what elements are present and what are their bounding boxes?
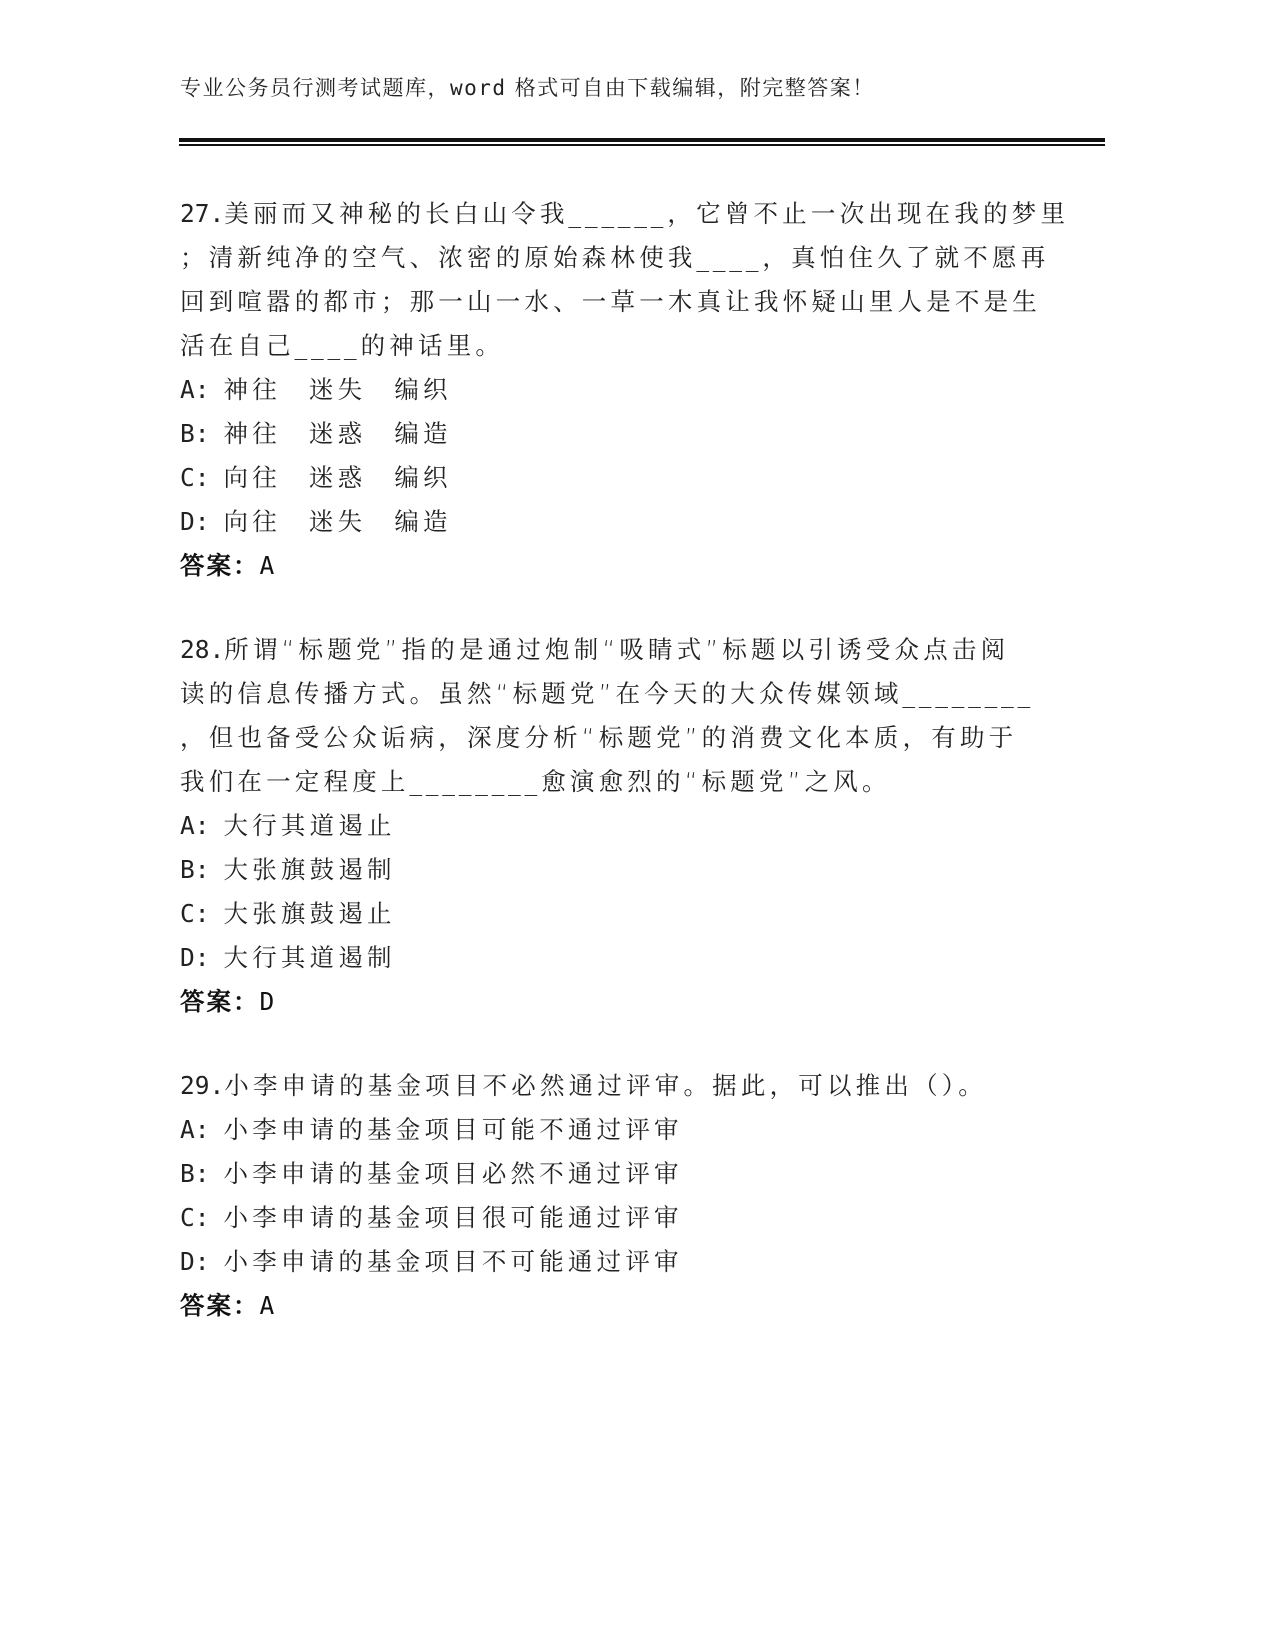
option-c: C:小李申请的基金项目很可能通过评审 [180, 1196, 1040, 1240]
answer-line: 答案：D [180, 980, 1040, 1024]
question-28: 28.所谓“标题党”指的是通过炮制“吸睛式”标题以引诱受众点击阅 读的信息传播方… [180, 628, 1040, 1024]
question-stem-line: 回到喧嚣的都市；那一山一水、一草一木真让我怀疑山里人是不是生 [180, 280, 1040, 324]
option-c: C:大张旗鼓遏止 [180, 892, 1040, 936]
option-b: B:大张旗鼓遏制 [180, 848, 1040, 892]
option-a: A:小李申请的基金项目可能不通过评审 [180, 1108, 1040, 1152]
question-stem-line: ；清新纯净的空气、浓密的原始森林使我____，真怕住久了就不愿再 [180, 236, 1040, 280]
question-stem-line: 29.小李申请的基金项目不必然通过评审。据此，可以推出（）。 [180, 1064, 1040, 1108]
question-number: 28. [180, 635, 224, 664]
header-text-word: word [450, 76, 507, 100]
answer-label: 答案： [180, 987, 260, 1016]
question-number: 27. [180, 199, 224, 228]
question-stem-line: 读的信息传播方式。虽然“标题党”在今天的大众传媒领域________ [180, 672, 1040, 716]
answer-line: 答案：A [180, 1284, 1040, 1328]
option-a: A:神往迷失编织 [180, 368, 1040, 412]
header-text-start: 专业公务员行测考试题库， [180, 76, 450, 100]
answer-value: D [260, 987, 277, 1016]
question-number: 29. [180, 1071, 224, 1100]
option-a: A:大行其道遏止 [180, 804, 1040, 848]
question-stem-line: 活在自己____的神话里。 [180, 324, 1040, 368]
header-text-end: 格式可自由下载编辑，附完整答案！ [507, 76, 875, 100]
question-27: 27.美丽而又神秘的长白山令我______，它曾不止一次出现在我的梦里 ；清新纯… [180, 192, 1040, 588]
option-d: D:小李申请的基金项目不可能通过评审 [180, 1240, 1040, 1284]
question-stem-line: 我们在一定程度上________愈演愈烈的“标题党”之风。 [180, 760, 1040, 804]
question-stem-line: ，但也备受公众诟病，深度分析“标题党”的消费文化本质，有助于 [180, 716, 1040, 760]
page-header: 专业公务员行测考试题库，word 格式可自由下载编辑，附完整答案！ [180, 72, 875, 102]
divider-thick-line [179, 138, 1105, 142]
option-b: B:神往迷惑编造 [180, 412, 1040, 456]
answer-value: A [260, 1291, 277, 1320]
answer-value: A [260, 551, 277, 580]
option-d: D:大行其道遏制 [180, 936, 1040, 980]
answer-line: 答案：A [180, 544, 1040, 588]
question-stem-line: 28.所谓“标题党”指的是通过炮制“吸睛式”标题以引诱受众点击阅 [180, 628, 1040, 672]
question-29: 29.小李申请的基金项目不必然通过评审。据此，可以推出（）。 A:小李申请的基金… [180, 1064, 1040, 1328]
answer-label: 答案： [180, 1291, 260, 1320]
option-b: B:小李申请的基金项目必然不通过评审 [180, 1152, 1040, 1196]
question-stem-line: 27.美丽而又神秘的长白山令我______，它曾不止一次出现在我的梦里 [180, 192, 1040, 236]
header-divider [179, 138, 1105, 146]
option-c: C:向往迷惑编织 [180, 456, 1040, 500]
option-d: D:向往迷失编造 [180, 500, 1040, 544]
divider-thin-line [179, 144, 1105, 146]
answer-label: 答案： [180, 551, 260, 580]
